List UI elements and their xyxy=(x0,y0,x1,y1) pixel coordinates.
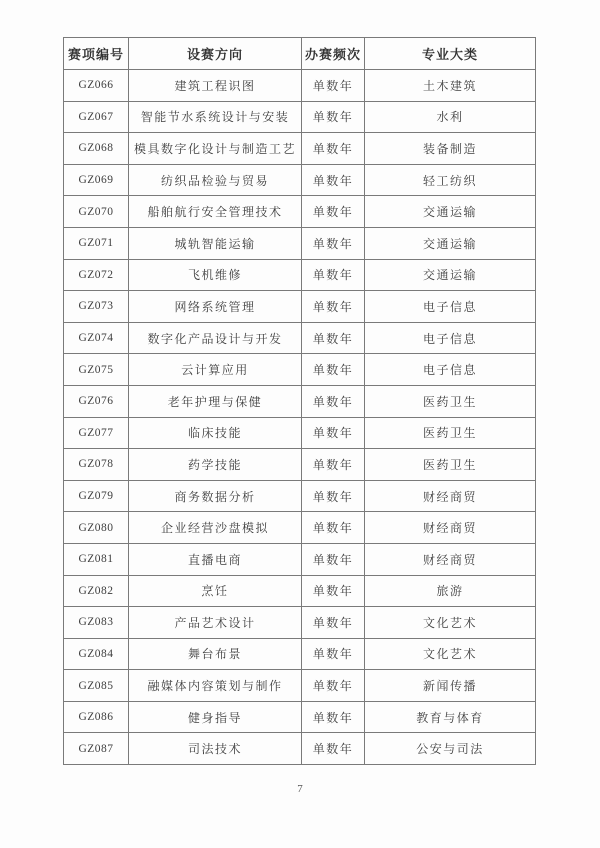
cell-frequency: 单数年 xyxy=(302,322,365,354)
table-header: 赛项编号 设赛方向 办赛频次 专业大类 xyxy=(64,38,536,70)
cell-direction: 网络系统管理 xyxy=(129,291,302,323)
cell-category: 土木建筑 xyxy=(365,70,536,102)
table-row: GZ083 产品艺术设计 单数年 文化艺术 xyxy=(64,607,536,639)
table-row: GZ078 药学技能 单数年 医药卫生 xyxy=(64,449,536,481)
cell-frequency: 单数年 xyxy=(302,733,365,765)
table-row: GZ069 纺织品检验与贸易 单数年 轻工纺织 xyxy=(64,164,536,196)
table-row: GZ086 健身指导 单数年 教育与体育 xyxy=(64,701,536,733)
cell-category: 电子信息 xyxy=(365,322,536,354)
cell-category: 医药卫生 xyxy=(365,417,536,449)
cell-code: GZ070 xyxy=(64,196,129,228)
table-row: GZ068 模具数字化设计与制造工艺 单数年 装备制造 xyxy=(64,133,536,165)
table-row: GZ066 建筑工程识图 单数年 土木建筑 xyxy=(64,70,536,102)
table-row: GZ072 飞机维修 单数年 交通运输 xyxy=(64,259,536,291)
table-header-row: 赛项编号 设赛方向 办赛频次 专业大类 xyxy=(64,38,536,70)
cell-direction: 企业经营沙盘模拟 xyxy=(129,512,302,544)
cell-frequency: 单数年 xyxy=(302,133,365,165)
cell-category: 财经商贸 xyxy=(365,512,536,544)
column-header-frequency: 办赛频次 xyxy=(302,38,365,70)
table-body: GZ066 建筑工程识图 单数年 土木建筑 GZ067 智能节水系统设计与安装 … xyxy=(64,70,536,765)
cell-direction: 产品艺术设计 xyxy=(129,607,302,639)
table-row: GZ077 临床技能 单数年 医药卫生 xyxy=(64,417,536,449)
cell-direction: 健身指导 xyxy=(129,701,302,733)
cell-direction: 融媒体内容策划与制作 xyxy=(129,670,302,702)
cell-code: GZ079 xyxy=(64,480,129,512)
cell-category: 轻工纺织 xyxy=(365,164,536,196)
cell-frequency: 单数年 xyxy=(302,480,365,512)
cell-direction: 纺织品检验与贸易 xyxy=(129,164,302,196)
cell-direction: 烹饪 xyxy=(129,575,302,607)
cell-category: 交通运输 xyxy=(365,259,536,291)
cell-category: 交通运输 xyxy=(365,196,536,228)
cell-frequency: 单数年 xyxy=(302,670,365,702)
cell-category: 水利 xyxy=(365,101,536,133)
cell-direction: 直播电商 xyxy=(129,543,302,575)
cell-frequency: 单数年 xyxy=(302,543,365,575)
cell-frequency: 单数年 xyxy=(302,417,365,449)
table-row: GZ079 商务数据分析 单数年 财经商贸 xyxy=(64,480,536,512)
cell-direction: 飞机维修 xyxy=(129,259,302,291)
cell-direction: 舞台布景 xyxy=(129,638,302,670)
cell-direction: 建筑工程识图 xyxy=(129,70,302,102)
cell-category: 文化艺术 xyxy=(365,607,536,639)
cell-code: GZ082 xyxy=(64,575,129,607)
cell-code: GZ084 xyxy=(64,638,129,670)
cell-direction: 船舶航行安全管理技术 xyxy=(129,196,302,228)
table-row: GZ071 城轨智能运输 单数年 交通运输 xyxy=(64,227,536,259)
cell-category: 电子信息 xyxy=(365,291,536,323)
cell-frequency: 单数年 xyxy=(302,259,365,291)
table-row: GZ085 融媒体内容策划与制作 单数年 新闻传播 xyxy=(64,670,536,702)
cell-frequency: 单数年 xyxy=(302,575,365,607)
cell-frequency: 单数年 xyxy=(302,70,365,102)
table-row: GZ082 烹饪 单数年 旅游 xyxy=(64,575,536,607)
cell-frequency: 单数年 xyxy=(302,512,365,544)
page-number: 7 xyxy=(0,783,600,795)
cell-direction: 智能节水系统设计与安装 xyxy=(129,101,302,133)
competition-table: 赛项编号 设赛方向 办赛频次 专业大类 GZ066 建筑工程识图 单数年 土木建… xyxy=(63,37,536,765)
table-row: GZ070 船舶航行安全管理技术 单数年 交通运输 xyxy=(64,196,536,228)
cell-frequency: 单数年 xyxy=(302,227,365,259)
cell-category: 电子信息 xyxy=(365,354,536,386)
cell-code: GZ072 xyxy=(64,259,129,291)
cell-code: GZ075 xyxy=(64,354,129,386)
cell-frequency: 单数年 xyxy=(302,701,365,733)
cell-frequency: 单数年 xyxy=(302,196,365,228)
cell-direction: 模具数字化设计与制造工艺 xyxy=(129,133,302,165)
document-page: 赛项编号 设赛方向 办赛频次 专业大类 GZ066 建筑工程识图 单数年 土木建… xyxy=(0,0,600,848)
table-row: GZ067 智能节水系统设计与安装 单数年 水利 xyxy=(64,101,536,133)
cell-direction: 数字化产品设计与开发 xyxy=(129,322,302,354)
cell-code: GZ067 xyxy=(64,101,129,133)
cell-direction: 司法技术 xyxy=(129,733,302,765)
cell-frequency: 单数年 xyxy=(302,164,365,196)
column-header-category: 专业大类 xyxy=(365,38,536,70)
cell-direction: 云计算应用 xyxy=(129,354,302,386)
cell-category: 文化艺术 xyxy=(365,638,536,670)
cell-category: 公安与司法 xyxy=(365,733,536,765)
cell-category: 教育与体育 xyxy=(365,701,536,733)
cell-frequency: 单数年 xyxy=(302,638,365,670)
cell-code: GZ078 xyxy=(64,449,129,481)
cell-category: 财经商贸 xyxy=(365,480,536,512)
cell-direction: 老年护理与保健 xyxy=(129,385,302,417)
cell-code: GZ073 xyxy=(64,291,129,323)
cell-direction: 城轨智能运输 xyxy=(129,227,302,259)
cell-direction: 药学技能 xyxy=(129,449,302,481)
cell-code: GZ081 xyxy=(64,543,129,575)
cell-category: 医药卫生 xyxy=(365,449,536,481)
table-row: GZ076 老年护理与保健 单数年 医药卫生 xyxy=(64,385,536,417)
cell-code: GZ083 xyxy=(64,607,129,639)
cell-code: GZ087 xyxy=(64,733,129,765)
cell-code: GZ086 xyxy=(64,701,129,733)
cell-category: 财经商贸 xyxy=(365,543,536,575)
cell-direction: 临床技能 xyxy=(129,417,302,449)
column-header-direction: 设赛方向 xyxy=(129,38,302,70)
cell-category: 装备制造 xyxy=(365,133,536,165)
cell-code: GZ066 xyxy=(64,70,129,102)
cell-code: GZ069 xyxy=(64,164,129,196)
cell-frequency: 单数年 xyxy=(302,291,365,323)
table-row: GZ074 数字化产品设计与开发 单数年 电子信息 xyxy=(64,322,536,354)
cell-frequency: 单数年 xyxy=(302,449,365,481)
table-row: GZ073 网络系统管理 单数年 电子信息 xyxy=(64,291,536,323)
table-row: GZ084 舞台布景 单数年 文化艺术 xyxy=(64,638,536,670)
cell-direction: 商务数据分析 xyxy=(129,480,302,512)
cell-code: GZ080 xyxy=(64,512,129,544)
table-row: GZ075 云计算应用 单数年 电子信息 xyxy=(64,354,536,386)
cell-category: 医药卫生 xyxy=(365,385,536,417)
cell-category: 新闻传播 xyxy=(365,670,536,702)
cell-code: GZ076 xyxy=(64,385,129,417)
cell-code: GZ085 xyxy=(64,670,129,702)
table-row: GZ081 直播电商 单数年 财经商贸 xyxy=(64,543,536,575)
cell-code: GZ071 xyxy=(64,227,129,259)
cell-frequency: 单数年 xyxy=(302,354,365,386)
cell-code: GZ077 xyxy=(64,417,129,449)
cell-category: 交通运输 xyxy=(365,227,536,259)
table-row: GZ080 企业经营沙盘模拟 单数年 财经商贸 xyxy=(64,512,536,544)
column-header-code: 赛项编号 xyxy=(64,38,129,70)
cell-category: 旅游 xyxy=(365,575,536,607)
cell-code: GZ074 xyxy=(64,322,129,354)
cell-code: GZ068 xyxy=(64,133,129,165)
cell-frequency: 单数年 xyxy=(302,607,365,639)
cell-frequency: 单数年 xyxy=(302,385,365,417)
cell-frequency: 单数年 xyxy=(302,101,365,133)
table-row: GZ087 司法技术 单数年 公安与司法 xyxy=(64,733,536,765)
